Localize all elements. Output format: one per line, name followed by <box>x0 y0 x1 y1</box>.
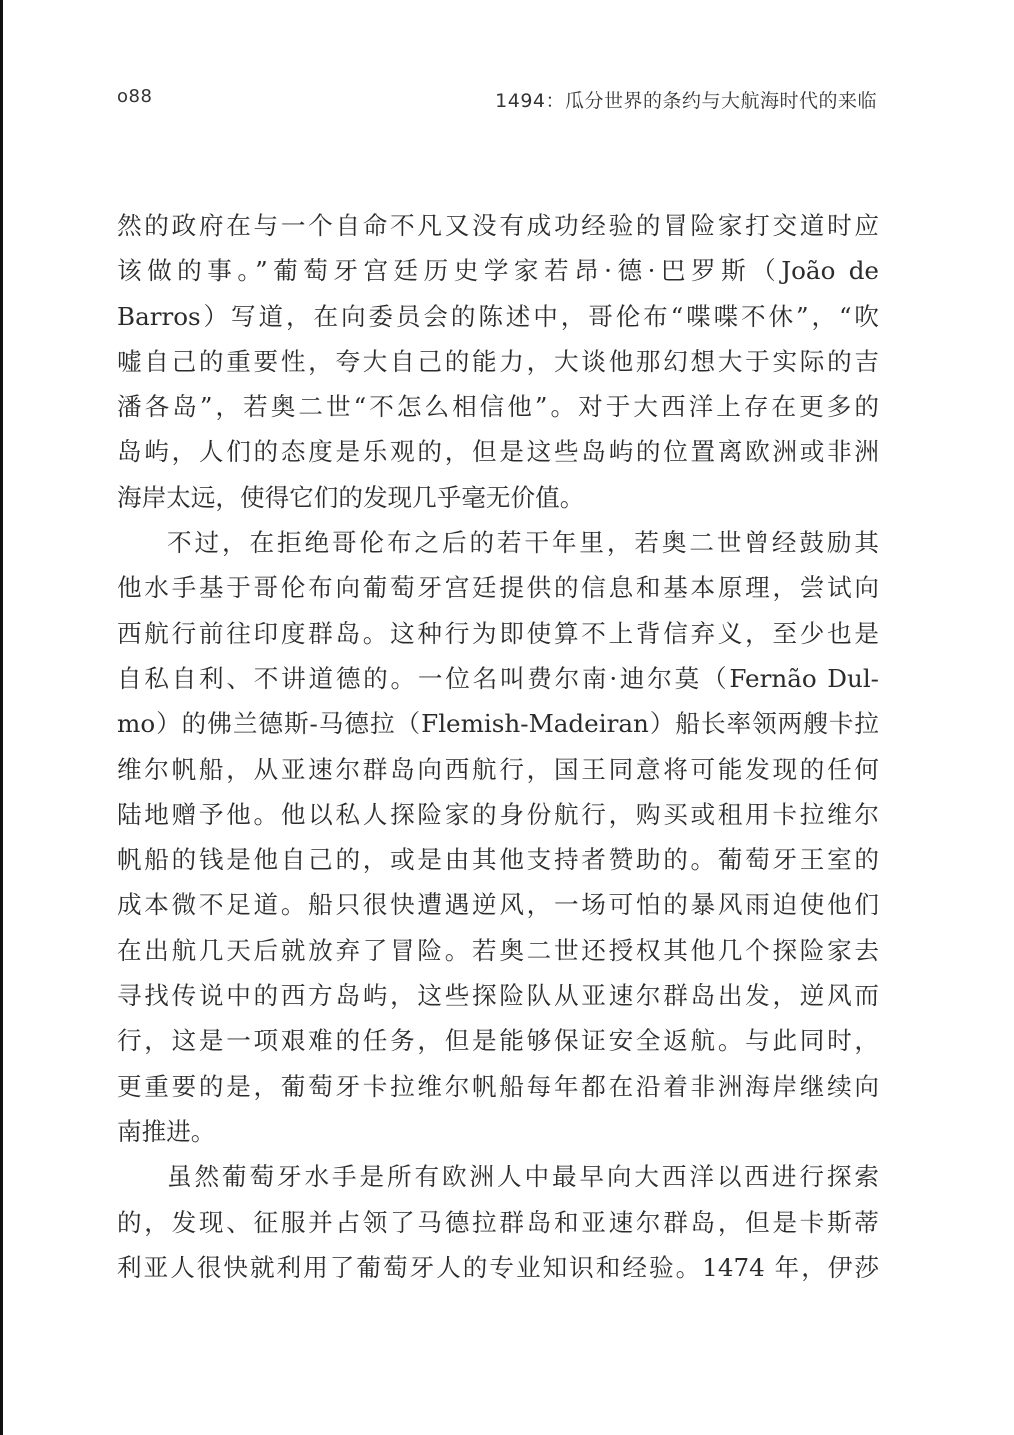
paragraph-2: 不过，在拒绝哥伦布之后的若干年里，若奥二世曾经鼓励其 他水手基于哥伦布向葡萄牙宫… <box>117 520 879 1154</box>
text-line: 他水手基于哥伦布向葡萄牙宫廷提供的信息和基本原理，尝试向 <box>117 565 879 610</box>
text-line: 行，这是一项艰难的任务，但是能够保证安全返航。与此同时， <box>117 1018 879 1063</box>
text-line: 在出航几天后就放弃了冒险。若奥二世还授权其他几个探险家去 <box>117 928 879 973</box>
body-text: 然的政府在与一个自命不凡又没有成功经验的冒险家打交道时应 该做的事。”葡萄牙宫廷… <box>117 203 879 1290</box>
paragraph-1: 然的政府在与一个自命不凡又没有成功经验的冒险家打交道时应 该做的事。”葡萄牙宫廷… <box>117 203 879 520</box>
text-line: 西航行前往印度群岛。这种行为即使算不上背信弃义，至少也是 <box>117 611 879 656</box>
running-title: 1494：瓜分世界的条约与大航海时代的来临 <box>495 86 877 113</box>
text-line: 海岸太远，使得它们的发现几乎毫无价值。 <box>117 475 879 520</box>
text-line: 岛屿，人们的态度是乐观的，但是这些岛屿的位置离欧洲或非洲 <box>117 429 879 474</box>
text-line: 然的政府在与一个自命不凡又没有成功经验的冒险家打交道时应 <box>117 203 879 248</box>
text-line: 嘘自己的重要性，夸大自己的能力，大谈他那幻想大于实际的吉 <box>117 339 879 384</box>
text-line: 不过，在拒绝哥伦布之后的若干年里，若奥二世曾经鼓励其 <box>117 520 879 565</box>
text-line: Barros）写道，在向委员会的陈述中，哥伦布“喋喋不休”，“吹 <box>117 294 879 339</box>
running-header: o88 1494：瓜分世界的条约与大航海时代的来临 <box>117 86 877 116</box>
text-line: 陆地赠予他。他以私人探险家的身份航行，购买或租用卡拉维尔 <box>117 792 879 837</box>
text-line: 成本微不足道。船只很快遭遇逆风，一场可怕的暴风雨迫使他们 <box>117 882 879 927</box>
text-line: mo）的佛兰德斯-马德拉（Flemish-Madeiran）船长率领两艘卡拉 <box>117 701 879 746</box>
page-number: o88 <box>117 86 152 107</box>
text-line: 帆船的钱是他自己的，或是由其他支持者赞助的。葡萄牙王室的 <box>117 837 879 882</box>
text-line: 潘各岛”，若奥二世“不怎么相信他”。对于大西洋上存在更多的 <box>117 384 879 429</box>
text-line: 南推进。 <box>117 1109 879 1154</box>
text-line: 虽然葡萄牙水手是所有欧洲人中最早向大西洋以西进行探索 <box>117 1154 879 1199</box>
text-line: 寻找传说中的西方岛屿，这些探险队从亚速尔群岛出发，逆风而 <box>117 973 879 1018</box>
page-left-edge <box>0 0 3 1435</box>
text-line: 该做的事。”葡萄牙宫廷历史学家若昂·德·巴罗斯（João de <box>117 248 879 293</box>
text-line: 自私自利、不讲道德的。一位名叫费尔南·迪尔莫（Fernão Dul- <box>117 656 879 701</box>
text-line: 维尔帆船，从亚速尔群岛向西航行，国王同意将可能发现的任何 <box>117 747 879 792</box>
text-line: 更重要的是，葡萄牙卡拉维尔帆船每年都在沿着非洲海岸继续向 <box>117 1064 879 1109</box>
text-line: 的，发现、征服并占领了马德拉群岛和亚速尔群岛，但是卡斯蒂 <box>117 1200 879 1245</box>
text-line: 利亚人很快就利用了葡萄牙人的专业知识和经验。1474 年，伊莎 <box>117 1245 879 1290</box>
paragraph-3: 虽然葡萄牙水手是所有欧洲人中最早向大西洋以西进行探索 的，发现、征服并占领了马德… <box>117 1154 879 1290</box>
